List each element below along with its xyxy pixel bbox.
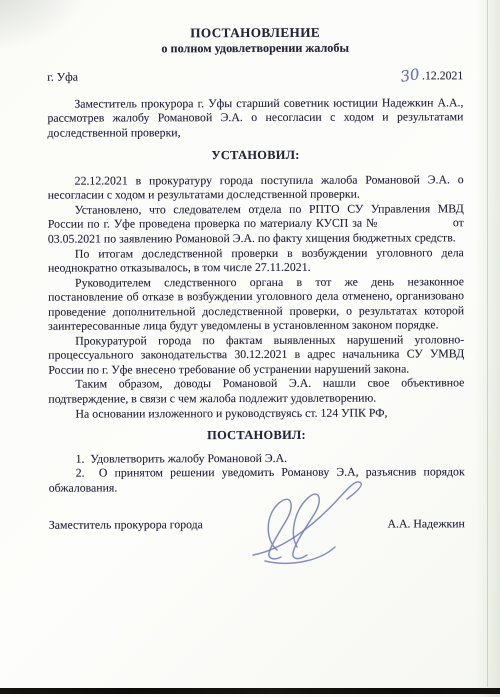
text-line: заинтересованные лица будут уведомлены в… [48, 318, 464, 334]
intro-paragraph: Заместитель прокурора г. Уфы старший сов… [47, 95, 463, 140]
text-line: На основании изложенного и руководствуяс… [48, 405, 464, 421]
signature-role: Заместитель прокурора города [49, 517, 203, 532]
text-line: По итогам доследственной проверки в возб… [48, 245, 464, 261]
paragraph: Таким образом, доводы Романовой Э.А. наш… [48, 376, 464, 407]
paragraph: Установлено, что следователем отдела по … [48, 201, 464, 246]
text-line: проведение дополнительной доследственной… [48, 303, 464, 319]
handwritten-day: 30 [399, 67, 420, 84]
text-line: Руководителем следственного органа в тот… [48, 274, 464, 290]
paragraph: На основании изложенного и руководствуяс… [48, 405, 464, 421]
text-line: подтверждение, в связи с чем жалоба подл… [48, 390, 464, 406]
paragraph: Руководителем следственного органа в тот… [48, 274, 464, 334]
text-line: Заместитель прокурора г. Уфы старший сов… [47, 95, 463, 111]
text-line: неоднократно отказывалось, в том числе 2… [48, 259, 464, 275]
text-line: России по г. Уфе внесено требование об у… [48, 361, 464, 377]
scan-bottom-band [0, 688, 500, 694]
text-line: постановление об отказе в возбуждении уг… [48, 288, 464, 304]
paragraph: 22.12.2021 в прокуратуру города поступил… [48, 172, 464, 203]
document-subtitle: о полном удовлетворении жалобы [47, 40, 463, 56]
text-line: Установлено, что следователем отдела по … [48, 201, 464, 217]
paragraph: По итогам доследственной проверки в возб… [48, 245, 464, 276]
paragraph: Заместитель прокурора г. Уфы старший сов… [47, 95, 463, 140]
text-line: 22.12.2021 в прокуратуру города поступил… [48, 172, 464, 188]
text-line: доследственной проверки, [47, 124, 463, 140]
heading-established: УСТАНОВИЛ: [48, 148, 464, 164]
heading-resolved: ПОСТАНОВИЛ: [49, 427, 465, 443]
date-group: 30.12.2021 [400, 67, 463, 83]
place-label: г. Уфа [47, 70, 78, 85]
paper-edge-line [487, 0, 488, 687]
text-line: 03.05.2021 по заявлению Романовой Э.А. п… [48, 230, 464, 246]
signature-scribble [235, 455, 380, 570]
paragraph: Прокуратурой города по фактам выявленных… [48, 332, 464, 377]
text-line: процессуального законодательства 30.12.2… [48, 347, 464, 363]
text-line: России по г. Уфе проведена проверка по м… [48, 216, 464, 232]
date-printed: .12.2021 [422, 68, 463, 82]
scanned-document-page: ПОСТАНОВЛЕНИЕ о полном удовлетворении жа… [0, 0, 500, 697]
body-paragraphs: 22.12.2021 в прокуратуру города поступил… [48, 172, 465, 421]
text-line: Таким образом, доводы Романовой Э.А. наш… [48, 376, 464, 392]
place-date-row: г. Уфа 30.12.2021 [47, 67, 463, 84]
document-title: ПОСТАНОВЛЕНИЕ [47, 25, 463, 41]
text-line: несогласии с ходом и результатами дослед… [48, 187, 464, 203]
text-line: Прокуратурой города по фактам выявленных… [48, 332, 464, 348]
text-line: рассмотрев жалобу Романовой Э.А. о несог… [47, 109, 463, 125]
signature-name: А.А. Надежкин [387, 517, 464, 532]
